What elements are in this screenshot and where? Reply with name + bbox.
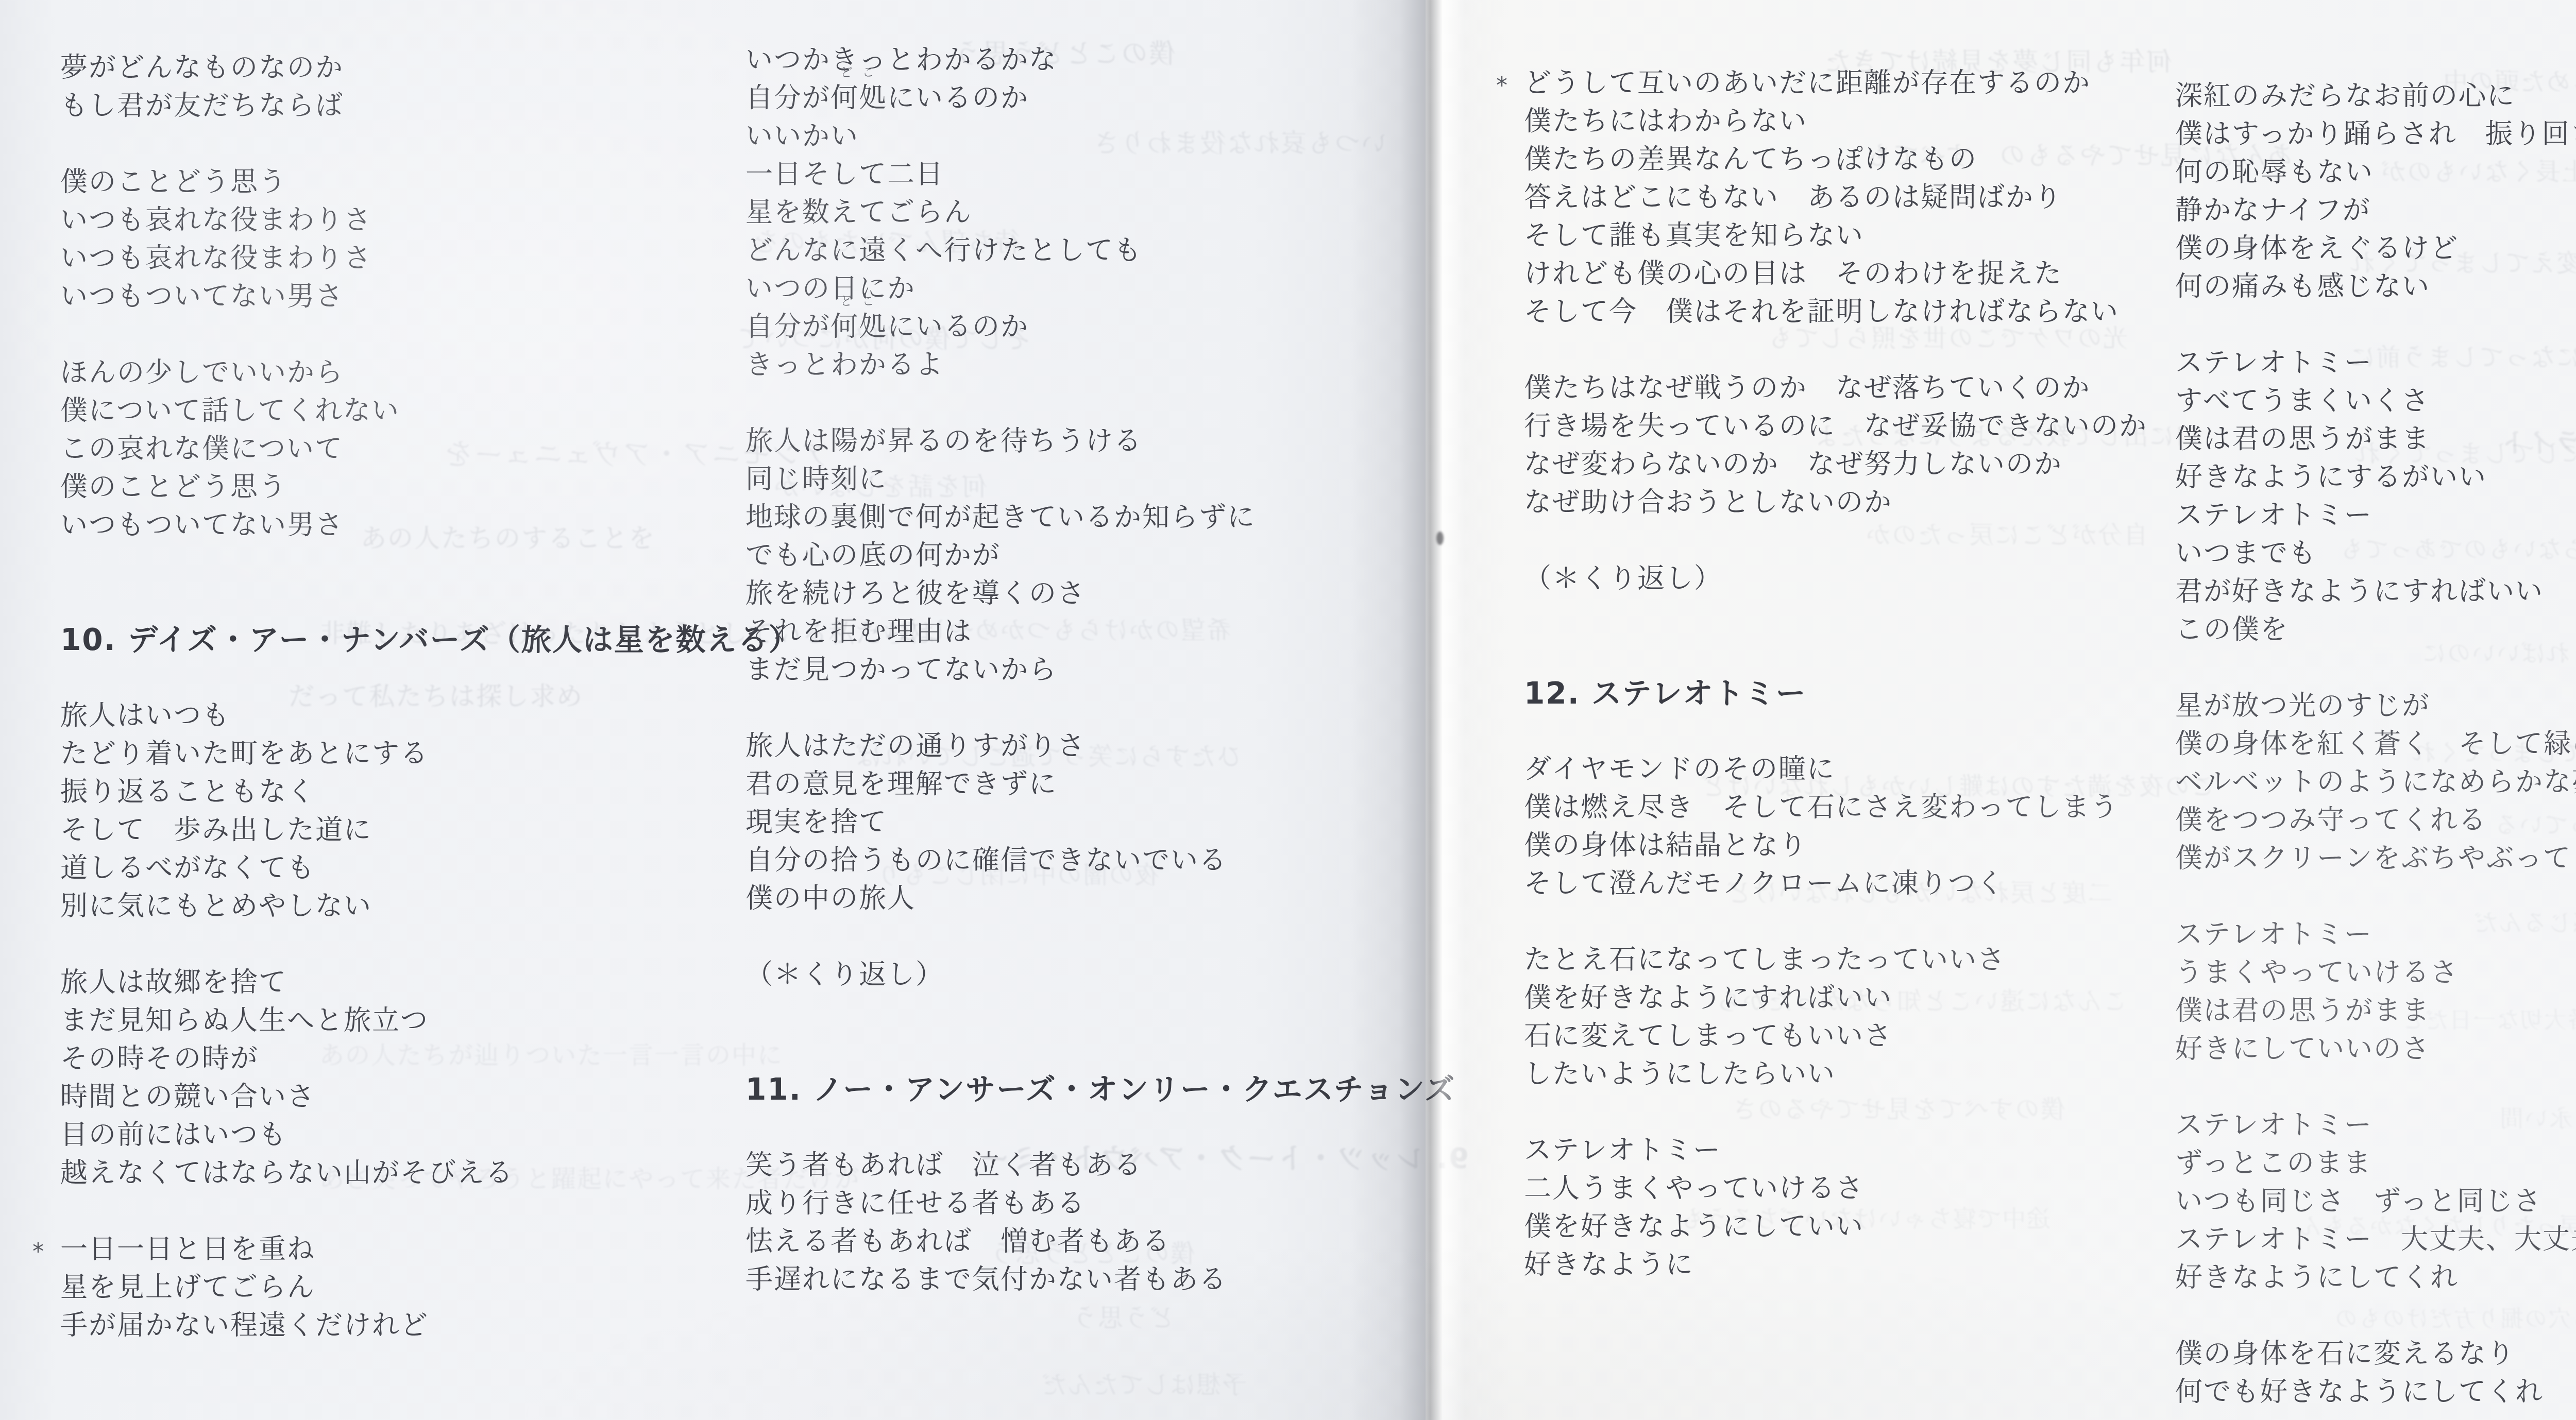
lyric-line: 怯える者もあれば 憎む者もある	[745, 1223, 1426, 1261]
lyric-line: 振り返ることもなく	[60, 773, 740, 811]
lyric-line: 旅人はただの通りすがりさ	[745, 727, 1426, 765]
lyric-line: すべてうまくいくさ	[2175, 382, 2576, 420]
lyric-line: 僕を好きなようにしていい	[1524, 1208, 2204, 1246]
lyric-line: 何の痛みも感じない	[2175, 268, 2576, 306]
lyric-line: 笑う者もあれば 泣く者もある	[745, 1147, 1426, 1185]
lyric-stanza: 一日一日と日を重ね*星を見上げてごらん手が届かない程遠くだけれど	[60, 1230, 740, 1345]
lyric-line: 旅を続けろと彼を導くのさ	[745, 575, 1426, 613]
lyric-line: いつもついてない男さ	[60, 506, 740, 544]
lyric-line: 僕の身体を石に変えるなり	[2175, 1335, 2576, 1373]
lyric-line: 僕の中の旅人	[745, 880, 1426, 918]
lyrics-column-right-1: どうして互いのあいだに距離が存在するのか*僕たちにはわからない僕たちの差異なんて…	[1524, 64, 2204, 1284]
lyric-line: ステレオトミー 大丈夫、大丈夫さ	[2175, 1221, 2576, 1259]
lyric-line: ステレオトミー	[2175, 916, 2576, 954]
lyric-stanza: ステレオトミーうまくやっていけるさ僕は君の思うがまま好きにしていいのさ	[2175, 916, 2576, 1068]
lyric-line: 星を数えてごらん	[745, 194, 1426, 232]
lyric-line: （＊くり返し）	[745, 956, 1426, 994]
lyric-line: 別に気にもとめやしない	[60, 887, 740, 926]
gutter-ink-speck	[1436, 532, 1444, 545]
lyric-line: けれども僕の心の目は そのわけを捉えた	[1524, 255, 2204, 293]
lyric-line: 僕のことどう思う	[60, 163, 740, 201]
lyric-line: 地球の裏側で何が起きているか知らずに	[745, 499, 1426, 537]
lyric-line: それを拒む理由は	[745, 613, 1426, 651]
lyric-line: この哀れな僕について	[60, 430, 740, 468]
lyric-line: 星が放つ光のすじが	[2175, 687, 2576, 725]
lyric-stanza: ステレオトミーすべてうまくいくさ僕は君の思うがまま好きなようにするがいいステレオ…	[2175, 344, 2576, 649]
lyric-line: いつまでも	[2175, 535, 2576, 573]
lyric-line: 何でも好きなようにしてくれ	[2175, 1373, 2576, 1411]
lyric-stanza: 旅人はただの通りすがりさ君の意見を理解できずに現実を捨て自分の拾うものに確信でき…	[745, 727, 1426, 918]
repeat-asterisk-marker: *	[1496, 67, 1507, 105]
ruby-base: 何処ど こ	[831, 308, 887, 346]
lyric-line: 僕は君の思うがまま	[2175, 420, 2576, 458]
lyric-line: 僕がスクリーンをぶちやぶっても	[2175, 840, 2576, 878]
lyric-stanza: 旅人は故郷を捨てまだ見知らぬ人生へと旅立つその時その時が時間との競い合いさ目の前…	[60, 964, 740, 1192]
lyric-line: もし君が友だちならば	[60, 87, 740, 125]
lyric-line: ダイヤモンドのその瞳に	[1524, 750, 2204, 789]
lyric-line: 時間との競い合いさ	[60, 1078, 740, 1116]
lyric-stanza: 夢がどんなものなのかもし君が友だちならば	[60, 49, 740, 125]
lyric-line: 自分が何処ど こにいるのか	[745, 308, 1426, 346]
lyric-line: 行き場を失っているのに なぜ妥協できないのか	[1524, 407, 2204, 446]
lyric-line: 石に変えてしまってもいいさ	[1524, 1017, 2204, 1055]
lyric-line: 僕たちはなぜ戦うのか なぜ落ちていくのか	[1524, 369, 2204, 407]
lyric-line: ステレオトミー	[2175, 1106, 2576, 1144]
lyric-line: 僕を好きなようにすればいい	[1524, 979, 2204, 1017]
lyric-line: でも心の底の何かが	[745, 537, 1426, 575]
lyric-line: 僕のことどう思う	[60, 468, 740, 506]
lyric-stanza: ステレオトミー二人うまくやっていけるさ僕を好きなようにしていい好きなように	[1524, 1132, 2204, 1284]
lyric-line: 越えなくてはならない山がそびえる	[60, 1154, 740, 1192]
lyric-line: 静かなナイフが	[2175, 192, 2576, 230]
lyric-line: まだ見つかってないから	[745, 651, 1426, 689]
lyric-line: 僕の身体を紅く蒼く そして緑に照らす	[2175, 725, 2576, 763]
lyric-line: まだ見知らぬ人生へと旅立つ	[60, 1002, 740, 1040]
lyric-line: 僕たちにはわからない	[1524, 102, 2204, 141]
lyric-line: たとえ石になってしまったっていいさ	[1524, 941, 2204, 979]
song-title: 11. ノー・アンサーズ・オンリー・クエスチョンズ	[745, 1070, 1426, 1108]
lyrics-column-right-2: 深紅のみだらなお前の心に僕はすっかり踊らされ 振り回されるけど何の恥辱もない静か…	[2175, 77, 2576, 1411]
lyrics-column-left-2: いつかきっとわかるかな自分が何処ど こにいるのかいいかい一日そして二日星を数えて…	[745, 41, 1426, 1299]
lyric-line: 自分が何処ど こにいるのか	[745, 79, 1426, 117]
lyric-line: たどり着いた町をあとにする	[60, 735, 740, 773]
lyric-line: 君の意見を理解できずに	[745, 765, 1426, 803]
lyric-line: 好きなようにするがいい	[2175, 458, 2576, 497]
lyric-line: ステレオトミー	[2175, 344, 2576, 382]
lyric-line: 現実を捨て	[745, 803, 1426, 842]
lyric-line: そして誰も真実を知らない	[1524, 217, 2204, 255]
lyric-line: 何の恥辱もない	[2175, 153, 2576, 192]
lyric-line: 好きなようにしてくれ	[2175, 1259, 2576, 1297]
lyric-line: 夢がどんなものなのか	[60, 49, 740, 87]
song-title: 10. デイズ・アー・ナンバーズ（旅人は星を数える）	[60, 621, 740, 659]
lyric-line: 目の前にはいつも	[60, 1116, 740, 1154]
lyric-line: 僕をつつみ守ってくれる	[2175, 801, 2576, 840]
lyric-line: 好きにしていいのさ	[2175, 1030, 2576, 1068]
lyric-stanza: 僕の身体を石に変えるなり何でも好きなようにしてくれ	[2175, 1335, 2576, 1411]
lyric-line: そして今 僕はそれを証明しなければならない	[1524, 293, 2204, 331]
lyric-line: そして 歩み出した道に	[60, 811, 740, 849]
furigana: ど こ	[840, 67, 877, 79]
furigana: ど こ	[840, 296, 877, 307]
ruby-base: 何処ど こ	[831, 79, 887, 117]
lyric-line: 道しるべがなくても	[60, 849, 740, 887]
lyric-line: 僕の身体をえぐるけど	[2175, 230, 2576, 268]
lyric-line: ほんの少しでいいから	[60, 354, 740, 392]
lyric-line: 一日一日と日を重ね*	[60, 1230, 740, 1269]
lyric-line: 深紅のみだらなお前の心に	[2175, 77, 2576, 115]
lyric-line: どうして互いのあいだに距離が存在するのか*	[1524, 64, 2204, 102]
lyric-line: いいかい	[745, 117, 1426, 156]
lyric-stanza: たとえ石になってしまったっていいさ僕を好きなようにすればいい石に変えてしまっても…	[1524, 941, 2204, 1093]
lyric-line: 僕は燃え尽き そして石にさえ変わってしまう	[1524, 789, 2204, 827]
lyric-line: 旅人は陽が昇るのを待ちうける	[745, 422, 1426, 460]
lyrics-column-left-1: 夢がどんなものなのかもし君が友だちならば僕のことどう思ういつも哀れな役まわりさい…	[60, 49, 740, 1345]
lyric-line: 自分の拾うものに確信できないでいる	[745, 842, 1426, 880]
lyric-line: 二人うまくやっていけるさ	[1524, 1170, 2204, 1208]
lyric-line: 旅人は故郷を捨て	[60, 964, 740, 1002]
lyric-line: 僕の身体は結晶となり	[1524, 827, 2204, 865]
lyric-stanza: （＊くり返し）	[1524, 560, 2204, 598]
lyric-line: 成り行きに任せる者もある	[745, 1185, 1426, 1223]
lyric-line: 答えはどこにもない あるのは疑問ばかり	[1524, 179, 2204, 217]
lyric-stanza: 旅人はいつもたどり着いた町をあとにする振り返ることもなくそして 歩み出した道に道…	[60, 697, 740, 926]
lyric-line: 旅人はいつも	[60, 697, 740, 735]
lyric-line: いつも哀れな役まわりさ	[60, 201, 740, 239]
lyric-stanza: 僕たちはなぜ戦うのか なぜ落ちていくのか行き場を失っているのに なぜ妥協できない…	[1524, 369, 2204, 522]
lyric-stanza: ダイヤモンドのその瞳に僕は燃え尽き そして石にさえ変わってしまう僕の身体は結晶と…	[1524, 750, 2204, 903]
lyric-line: 僕はすっかり踊らされ 振り回されるけど	[2175, 115, 2576, 153]
lyric-stanza: ステレオトミーずっとこのままいつも同じさ ずっと同じさステレオトミー 大丈夫、大…	[2175, 1106, 2576, 1297]
lyric-line: その時その時が	[60, 1040, 740, 1078]
lyric-line: 僕について話してくれない	[60, 392, 740, 430]
lyric-line: いつも同じさ ずっと同じさ	[2175, 1183, 2576, 1221]
lyric-line: いつも哀れな役まわりさ	[60, 239, 740, 278]
lyric-stanza: いつかきっとわかるかな自分が何処ど こにいるのかいいかい一日そして二日星を数えて…	[745, 41, 1426, 384]
lyric-stanza: 僕のことどう思ういつも哀れな役まわりさいつも哀れな役まわりさいつもついてない男さ	[60, 163, 740, 316]
lyric-line: きっとわかるよ	[745, 346, 1426, 384]
lyric-line: ステレオトミー	[2175, 497, 2576, 535]
lyric-line: 手遅れになるまで気付かない者もある	[745, 1261, 1426, 1299]
lyric-line: この僕を	[2175, 611, 2576, 649]
booklet-scan: { "document": { "kind": "CD booklet lyri…	[0, 0, 2576, 1420]
lyric-line: いつもついてない男さ	[60, 278, 740, 316]
lyric-stanza: 深紅のみだらなお前の心に僕はすっかり踊らされ 振り回されるけど何の恥辱もない静か…	[2175, 77, 2576, 306]
lyric-line: ステレオトミー	[1524, 1132, 2204, 1170]
lyric-stanza: 笑う者もあれば 泣く者もある成り行きに任せる者もある怯える者もあれば 憎む者もあ…	[745, 1147, 1426, 1299]
lyric-stanza: 星が放つ光のすじが僕の身体を紅く蒼く そして緑に照らすベルベットのようになめらか…	[2175, 687, 2576, 878]
lyric-stanza: 旅人は陽が昇るのを待ちうける同じ時刻に地球の裏側で何が起きているか知らずにでも心…	[745, 422, 1426, 689]
lyric-line: なぜ変わらないのか なぜ努力しないのか	[1524, 446, 2204, 484]
lyric-line: どんなに遠くへ行けたとしても	[745, 232, 1426, 270]
repeat-asterisk-marker: *	[32, 1233, 44, 1271]
lyric-line: 僕たちの差異なんてちっぽけなもの	[1524, 141, 2204, 179]
lyric-line: 一日そして二日	[745, 156, 1426, 194]
lyric-line: 手が届かない程遠くだけれど	[60, 1307, 740, 1345]
lyric-line: 僕は君の思うがまま	[2175, 992, 2576, 1030]
lyric-line: したいようにしたらいい	[1524, 1055, 2204, 1093]
lyric-line: 好きなように	[1524, 1246, 2204, 1284]
lyric-line: 君が好きなようにすればいい	[2175, 573, 2576, 611]
lyric-line: ベルベットのようになめらかな夢が	[2175, 763, 2576, 801]
lyric-line: 同じ時刻に	[745, 460, 1426, 499]
lyric-line: うまくやっていけるさ	[2175, 954, 2576, 992]
lyric-line: ずっとこのまま	[2175, 1144, 2576, 1183]
lyric-line: （＊くり返し）	[1524, 560, 2204, 598]
lyric-stanza: どうして互いのあいだに距離が存在するのか*僕たちにはわからない僕たちの差異なんて…	[1524, 64, 2204, 331]
lyric-line: なぜ助け合おうとしないのか	[1524, 484, 2204, 522]
lyric-line: そして澄んだモノクロームに凍りつく	[1524, 865, 2204, 903]
lyric-stanza: ほんの少しでいいから僕について話してくれないこの哀れな僕について僕のことどう思う…	[60, 354, 740, 544]
lyric-stanza: （＊くり返し）	[745, 956, 1426, 994]
lyric-line: 星を見上げてごらん	[60, 1269, 740, 1307]
song-title: 12. ステレオトミー	[1524, 674, 2204, 712]
